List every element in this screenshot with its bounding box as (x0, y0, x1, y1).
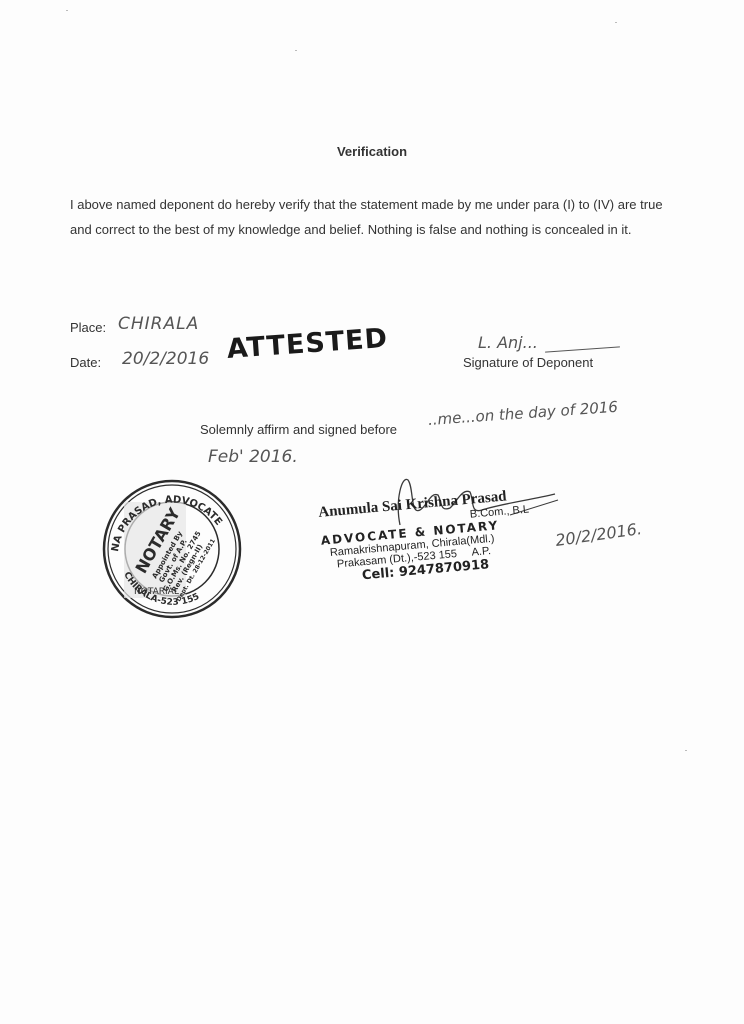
page-title: Verification (0, 144, 744, 159)
affirm-handwritten-line2: Feb' 2016. (208, 447, 298, 467)
date-label: Date: (70, 355, 101, 370)
place-label: Place: (70, 320, 106, 335)
scan-speck (615, 22, 617, 23)
deponent-signature: L. Anj... (478, 333, 538, 352)
notary-seal: NA PRASAD, ADVOCATE CHIRALA-523 155 NOTA… (98, 474, 246, 624)
affirm-handwritten-line1: ..me...on the day of 2016 (427, 398, 618, 429)
verification-paragraph: I above named deponent do hereby verify … (70, 192, 680, 242)
date-value-handwritten: 20/2/2016 (122, 349, 209, 369)
scan-speck (295, 50, 297, 51)
notary-address-stamp: Anumula Sai Krishna Prasad B.Com., B.L A… (316, 465, 554, 587)
notary-handwritten-date: 20/2/2016. (554, 519, 643, 550)
scan-speck (66, 10, 68, 11)
signature-of-deponent-label: Signature of Deponent (463, 355, 593, 370)
affirm-text: Solemnly affirm and signed before (200, 422, 397, 437)
scan-speck (685, 750, 687, 751)
seal-bottom-label: NOTARIAL (134, 587, 179, 597)
attested-stamp: ATTESTED (226, 323, 389, 365)
deponent-signature-stroke (545, 346, 620, 352)
place-value-handwritten: CHIRALA (118, 314, 199, 334)
